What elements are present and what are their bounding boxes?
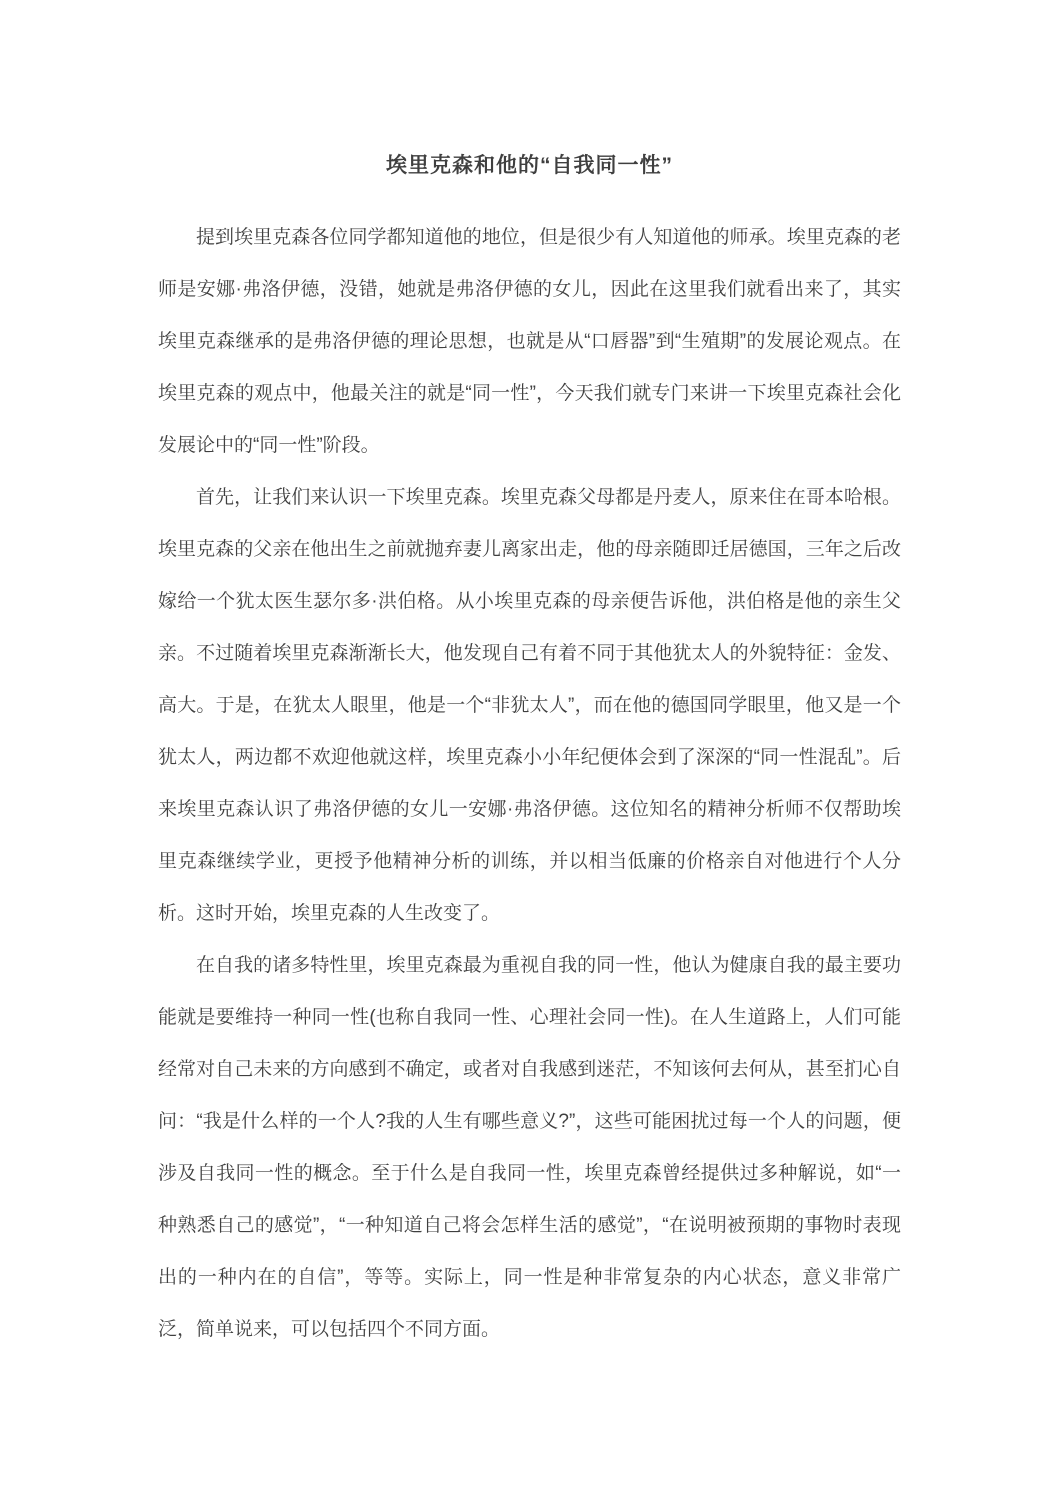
paragraph-2: 首先，让我们来认识一下埃里克森。埃里克森父母都是丹麦人，原来住在哥本哈根。埃里克…	[158, 472, 901, 940]
document-title: 埃里克森和他的“自我同一性”	[158, 140, 901, 192]
paragraph-3: 在自我的诸多特性里，埃里克森最为重视自我的同一性，他认为健康自我的最主要功能就是…	[158, 940, 901, 1356]
paragraph-1: 提到埃里克森各位同学都知道他的地位，但是很少有人知道他的师承。埃里克森的老师是安…	[158, 212, 901, 472]
document-page: 埃里克森和他的“自我同一性” 提到埃里克森各位同学都知道他的地位，但是很少有人知…	[0, 0, 1059, 1497]
